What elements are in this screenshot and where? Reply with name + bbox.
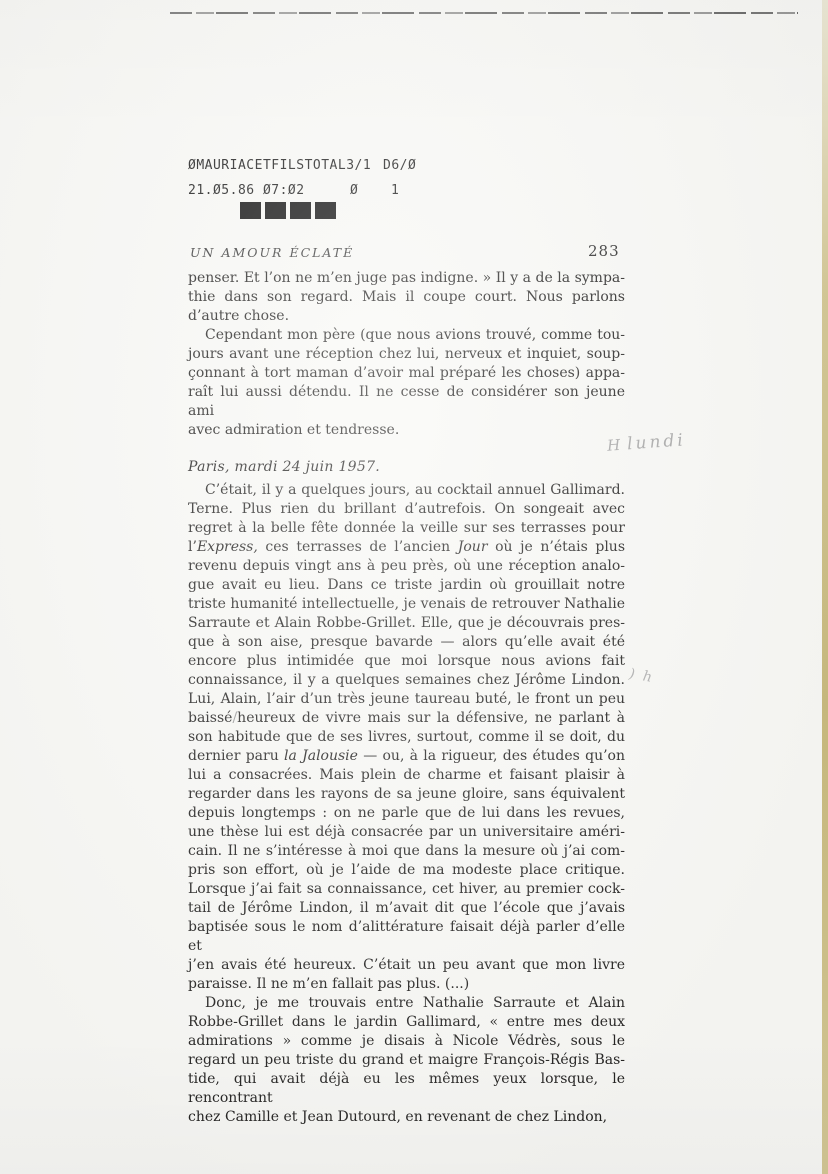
text-line: jours avant une réception chez lui, nerv… [188, 345, 625, 364]
text-line: connaissance, il y a quelques semaines c… [188, 671, 625, 690]
text-run: gue avait eu lieu. Dans ce triste jardin… [188, 577, 625, 593]
paragraph: Donc, je me trouvais entre Nathalie Sarr… [188, 994, 625, 1127]
scan-artifact-line [170, 12, 798, 14]
printer-calibration-blocks [240, 202, 336, 219]
text-line: baissé/heureux de vivre mais sur la défe… [188, 709, 625, 728]
text-run: lui a consacrées. Mais plein de charme e… [188, 767, 625, 783]
text-run: chez Camille et Jean Dutourd, en revenan… [188, 1109, 607, 1125]
text-line: Donc, je me trouvais entre Nathalie Sarr… [188, 994, 625, 1013]
text-run: depuis longtemps : on ne parle que de lu… [188, 805, 625, 821]
text-run: avec admiration et tendresse. [188, 422, 399, 438]
text-line: cain. Il ne s’intéresse à moi que dans l… [188, 842, 625, 861]
text-line: regret à la belle fête donnée la veille … [188, 519, 625, 538]
page-number: 283 [588, 242, 620, 260]
text-run: Lorsque j’ai fait sa connaissance, cet h… [188, 881, 625, 897]
text-line: Sarraute et Alain Robbe-Grillet. Elle, q… [188, 614, 625, 633]
text-run: — ou, à la rigueur, des études qu’on [358, 748, 625, 764]
text-run: baptisée sous le nom d’alittérature fais… [188, 919, 625, 954]
printer-block [315, 202, 336, 219]
text-run: Terne. Plus rien du brillant d’autrefois… [188, 501, 625, 517]
text-line: depuis longtemps : on ne parle que de lu… [188, 804, 625, 823]
text-line: admirations » comme je disais à Nicole V… [188, 1032, 625, 1051]
text-run: regret à la belle fête donnée la veille … [188, 520, 625, 536]
text-run: penser. Et l’on ne m’en juge pas indigne… [188, 270, 625, 286]
text-run: baissé [188, 710, 232, 726]
italic-text: Jour [458, 539, 488, 555]
text-line: regarder dans les rayons de sa jeune glo… [188, 785, 625, 804]
machine-header-timestamp: 21.Ø5.86 Ø7:Ø2 [188, 183, 305, 198]
text-line: pris son effort, où je l’aide de ma mode… [188, 861, 625, 880]
scan-edge-strip [822, 0, 828, 1174]
text-run: paraisse. Il ne m’en fallait pas plus. (… [188, 976, 469, 992]
machine-header-code: D6/Ø [383, 158, 416, 173]
text-run: pris son effort, où je l’aide de ma mode… [188, 862, 625, 878]
italic-text: Express, [197, 539, 258, 555]
text-run: jours avant une réception chez lui, nerv… [188, 346, 625, 362]
text-run: regarder dans les rayons de sa jeune glo… [188, 786, 625, 802]
machine-header-page-count: 1 [391, 183, 399, 198]
text-line: C’était, il y a quelques jours, au cockt… [188, 481, 625, 500]
text-run: thie dans son regard. Mais il coupe cour… [188, 289, 625, 305]
text-run: l’ [188, 539, 197, 555]
printer-block [240, 202, 261, 219]
text-run: Robbe-Grillet dans le jardin Gallimard, … [188, 1014, 625, 1030]
text-line: Cependant mon père (que nous avions trou… [188, 326, 625, 345]
text-run: cain. Il ne s’intéresse à moi que dans l… [188, 843, 625, 859]
text-line: chez Camille et Jean Dutourd, en revenan… [188, 1108, 625, 1127]
date-line-paragraph: Paris, mardi 24 juin 1957. [188, 458, 625, 477]
text-line: raît lui aussi détendu. Il ne cesse de c… [188, 383, 625, 421]
text-run: connaissance, il y a quelques semaines c… [188, 672, 625, 688]
text-line: penser. Et l’on ne m’en juge pas indigne… [188, 269, 625, 288]
machine-header-id: ØMAURIACETFILSTOTAL3/1 [188, 158, 371, 173]
text-line: l’Express, ces terrasses de l’ancien Jou… [188, 538, 625, 557]
text-line: gue avait eu lieu. Dans ce triste jardin… [188, 576, 625, 595]
text-line: baptisée sous le nom d’alittérature fais… [188, 918, 625, 956]
text-run: j’en avais été heureux. C’était un peu a… [188, 957, 625, 973]
text-line: regard un peu triste du grand et maigre … [188, 1051, 625, 1070]
text-line: paraisse. Il ne m’en fallait pas plus. (… [188, 975, 625, 994]
text-line: Robbe-Grillet dans le jardin Gallimard, … [188, 1013, 625, 1032]
machine-header-counter: Ø [350, 183, 358, 198]
text-run: ces terrasses de l’ancien [258, 539, 458, 555]
text-run: Donc, je me trouvais entre Nathalie Sarr… [205, 995, 625, 1011]
text-run: triste humanité intellectuelle, je venai… [188, 596, 625, 612]
text-line: son habitude que de ses livres, surtout,… [188, 728, 625, 747]
text-run: Lui, Alain, l’air d’un très jeune taurea… [188, 691, 625, 707]
text-line: Lui, Alain, l’air d’un très jeune taurea… [188, 690, 625, 709]
text-run: C’était, il y a quelques jours, au cockt… [205, 482, 625, 498]
scanned-book-page: ØMAURIACETFILSTOTAL3/1 D6/Ø 21.Ø5.86 Ø7:… [0, 0, 828, 1174]
text-run: où je n’étais plus [488, 539, 626, 555]
printer-block [290, 202, 311, 219]
text-run: Cependant mon père (que nous avions trou… [205, 327, 625, 343]
text-run: encore plus intimidée que moi lorsque no… [188, 653, 625, 669]
text-line: lui a consacrées. Mais plein de charme e… [188, 766, 625, 785]
body-text: penser. Et l’on ne m’en juge pas indigne… [188, 269, 625, 1127]
paragraph: Cependant mon père (que nous avions trou… [188, 326, 625, 440]
handwritten-word: lundi [626, 430, 686, 454]
text-line: j’en avais été heureux. C’était un peu a… [188, 956, 625, 975]
text-line: revenu depuis vingt ans à peu près, où u… [188, 557, 625, 576]
text-line: thie dans son regard. Mais il coupe cour… [188, 288, 625, 307]
paragraph: C’était, il y a quelques jours, au cockt… [188, 481, 625, 994]
text-line: tail de Jérôme Lindon, il m’avait dit qu… [188, 899, 625, 918]
pencil-margin-mark: ) h [628, 666, 655, 686]
text-run: admirations » comme je disais à Nicole V… [188, 1033, 625, 1049]
italic-text: la Jalousie [284, 748, 358, 764]
text-run: son habitude que de ses livres, surtout,… [188, 729, 625, 745]
text-line: Paris, mardi 24 juin 1957. [188, 458, 625, 477]
text-run: d’autre chose. [188, 308, 289, 324]
text-line: Lorsque j’ai fait sa connaissance, cet h… [188, 880, 625, 899]
text-line: tide, qui avait déjà eu les mêmes yeux l… [188, 1070, 625, 1108]
text-line: çonnant à tort maman d’avoir mal préparé… [188, 364, 625, 383]
text-line: Terne. Plus rien du brillant d’autrefois… [188, 500, 625, 519]
text-line: encore plus intimidée que moi lorsque no… [188, 652, 625, 671]
text-run: raît lui aussi détendu. Il ne cesse de c… [188, 384, 625, 419]
text-run: une thèse lui est déjà consacrée par un … [188, 824, 625, 840]
text-line: que à son aise, presque bavarde — alors … [188, 633, 625, 652]
text-run: çonnant à tort maman d’avoir mal préparé… [188, 365, 625, 381]
text-line: triste humanité intellectuelle, je venai… [188, 595, 625, 614]
text-run: revenu depuis vingt ans à peu près, où u… [188, 558, 625, 574]
paragraph: penser. Et l’on ne m’en juge pas indigne… [188, 269, 625, 326]
text-line: d’autre chose. [188, 307, 625, 326]
text-run: regard un peu triste du grand et maigre … [188, 1052, 625, 1068]
text-line: dernier paru la Jalousie — ou, à la rigu… [188, 747, 625, 766]
text-run: heureux de vivre mais sur la défensive, … [237, 710, 625, 726]
text-run: dernier paru [188, 748, 284, 764]
printer-block [265, 202, 286, 219]
text-run: que à son aise, presque bavarde — alors … [188, 634, 625, 650]
text-line: une thèse lui est déjà consacrée par un … [188, 823, 625, 842]
running-header-title: UN AMOUR ÉCLATÉ [190, 245, 354, 260]
text-run: Sarraute et Alain Robbe-Grillet. Elle, q… [188, 615, 625, 631]
text-run: Paris, mardi 24 juin 1957. [188, 459, 380, 475]
text-run: tail de Jérôme Lindon, il m’avait dit qu… [188, 900, 625, 916]
text-line: avec admiration et tendresse. [188, 421, 625, 440]
text-run: tide, qui avait déjà eu les mêmes yeux l… [188, 1071, 625, 1106]
